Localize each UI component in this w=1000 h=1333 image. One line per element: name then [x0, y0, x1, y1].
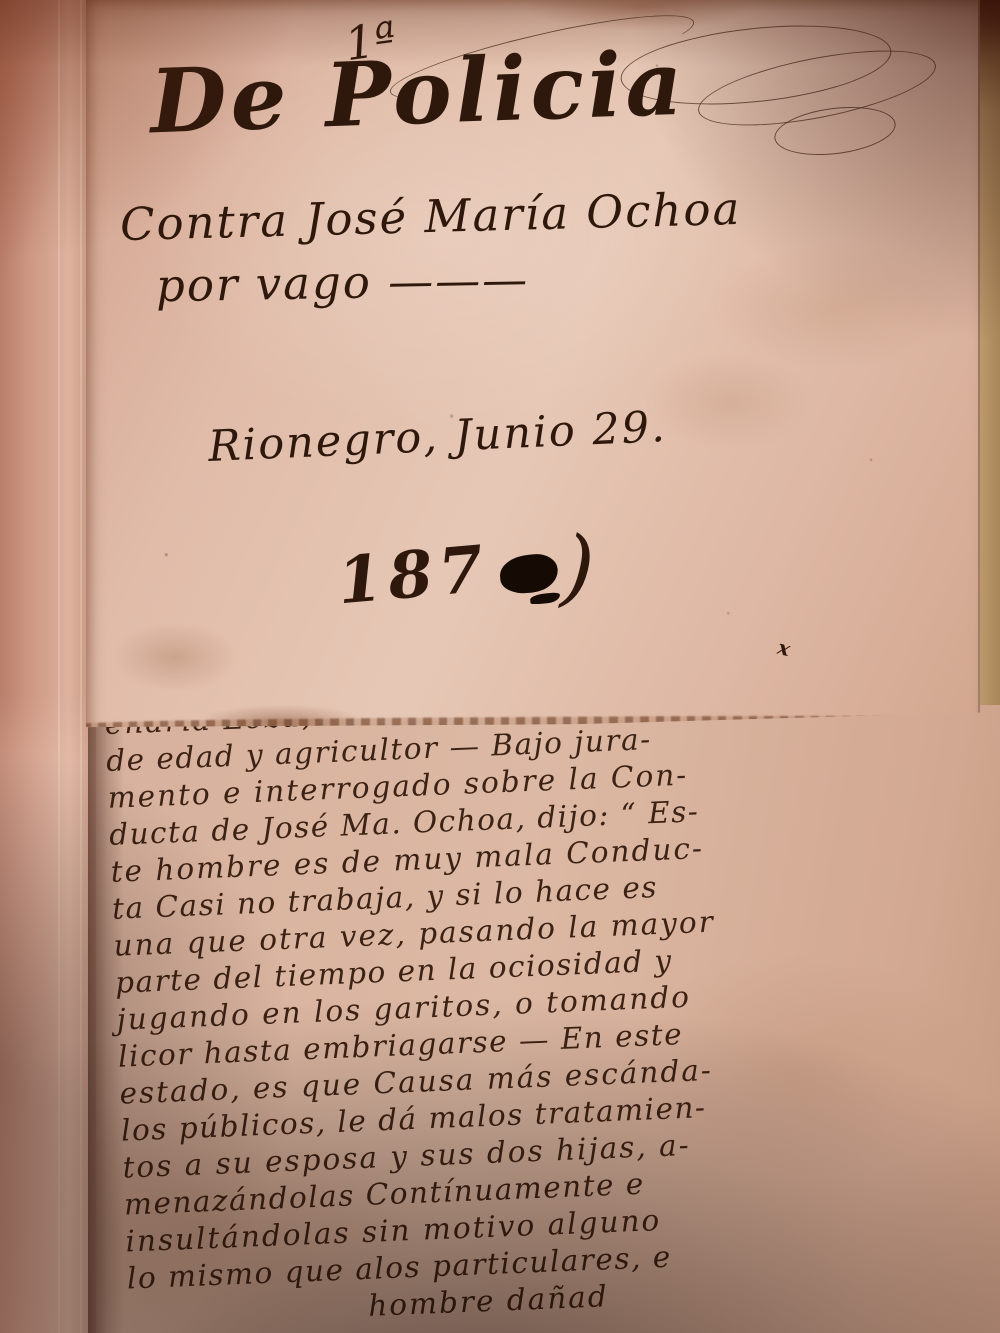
year-line: 187): [334, 517, 604, 637]
case-subject-line: Contra José María Ochoa: [119, 182, 742, 251]
ink-blot: [498, 552, 559, 595]
paper-fold-line: [58, 0, 60, 1333]
cover-title: De Policia: [148, 31, 688, 154]
case-charge-line: por vago ———: [156, 253, 530, 313]
year-flourish: ): [559, 517, 603, 617]
small-x-mark: x: [775, 635, 792, 661]
year-digits: 187: [335, 531, 493, 619]
binding-crease-shadow: [88, 698, 124, 1333]
place-date-line: Rionegro, Junio 29.: [207, 402, 668, 472]
handwritten-text-block: enaría Loza, movído, … … de edad y agric…: [104, 664, 1000, 1333]
manuscript-photo: enaría Loza, movído, … … de edad y agric…: [0, 0, 1000, 1333]
paper-fold-line: [80, 0, 82, 1333]
cover-page: 1ª De Policia Contra José María Ochoa po…: [86, 0, 980, 730]
page-edge-strip: [0, 0, 96, 1333]
